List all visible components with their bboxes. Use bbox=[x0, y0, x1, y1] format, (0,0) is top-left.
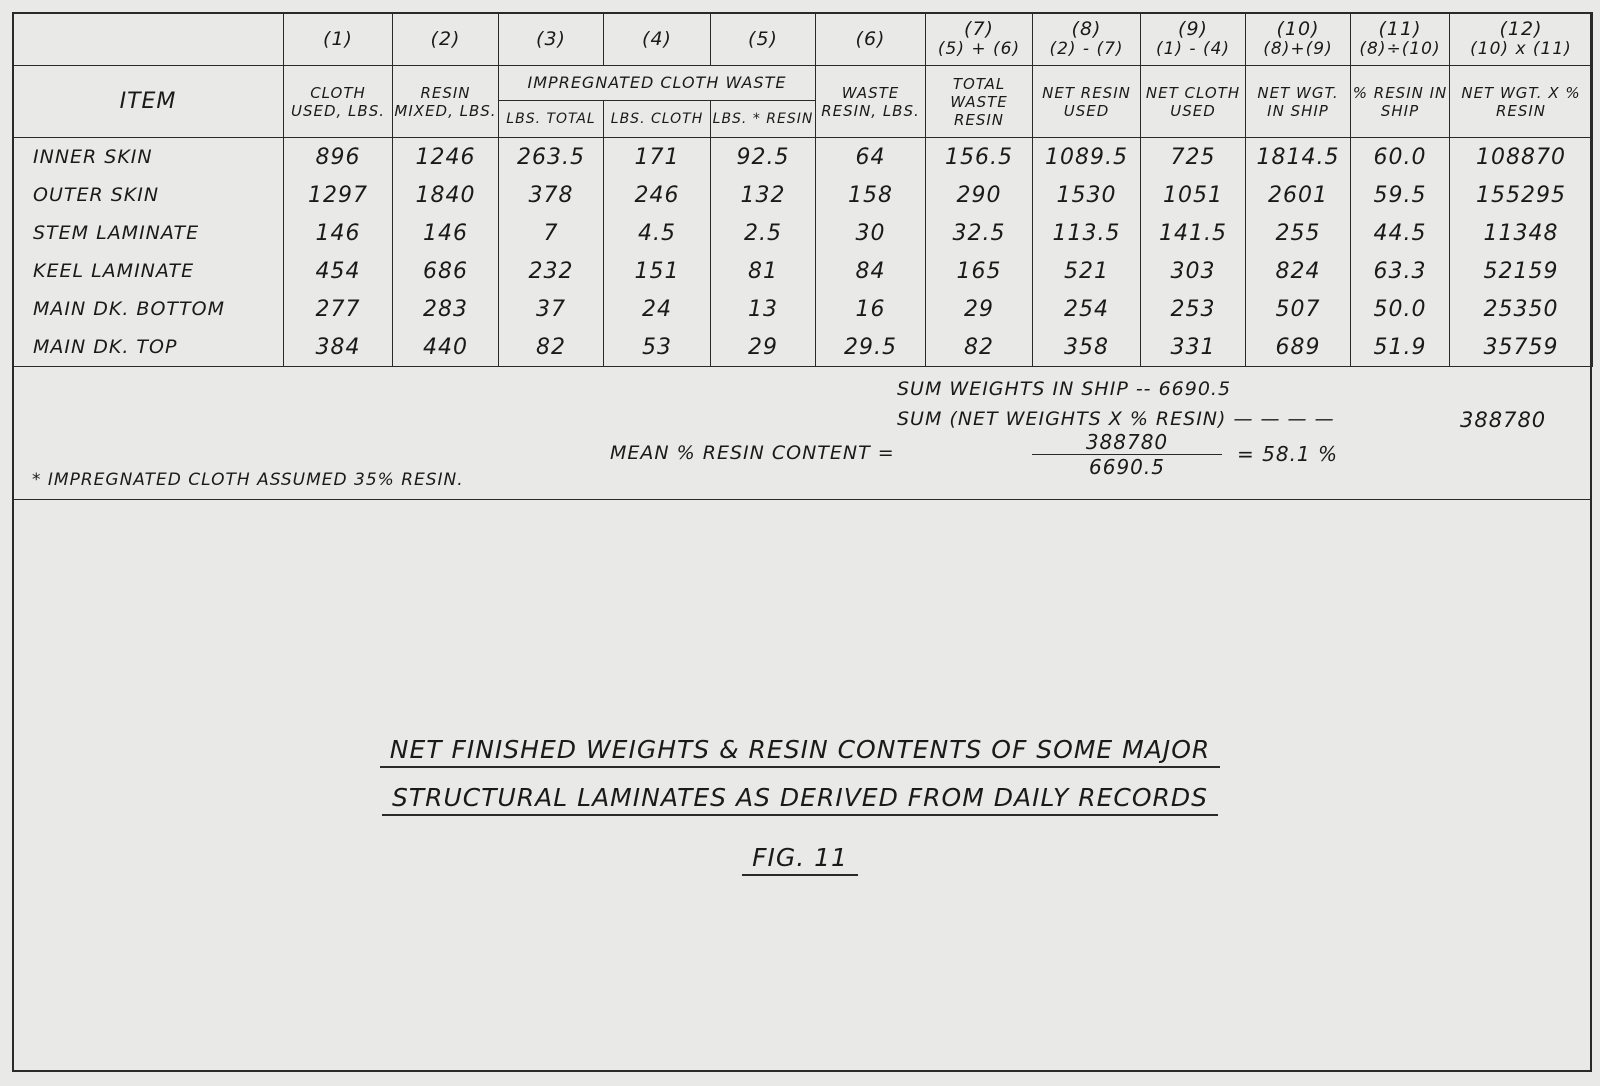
table-row: MAIN DK. BOTTOM2772833724131629254253507… bbox=[13, 290, 1593, 328]
cell-col-11: 59.5 bbox=[1351, 176, 1450, 214]
mean-resin-fraction: 388780 6690.5 bbox=[1032, 430, 1222, 479]
cell-col-10: 507 bbox=[1246, 290, 1351, 328]
cell-col-4: 24 bbox=[604, 290, 711, 328]
mean-resin-result: = 58.1 % bbox=[1237, 442, 1338, 466]
cell-col-11: 63.3 bbox=[1351, 252, 1450, 290]
sum-net-weights-x-resin-label: SUM (NET WEIGHTS X % RESIN) — — — — bbox=[897, 408, 1335, 430]
cell-col-1: 384 bbox=[284, 328, 393, 367]
cell-col-5: 29 bbox=[711, 328, 816, 367]
row-item-name: OUTER SKIN bbox=[13, 176, 284, 214]
header-net-resin-used: NET RESIN USED bbox=[1033, 66, 1141, 138]
header-waste-resin: WASTE RESIN, LBS. bbox=[816, 66, 926, 138]
cell-col-11: 50.0 bbox=[1351, 290, 1450, 328]
cell-col-12: 155295 bbox=[1450, 176, 1593, 214]
fraction-numerator: 388780 bbox=[1032, 430, 1222, 455]
header-net-cloth-used: NET CLOTH USED bbox=[1141, 66, 1246, 138]
cell-col-11: 44.5 bbox=[1351, 214, 1450, 252]
cell-col-10: 824 bbox=[1246, 252, 1351, 290]
cell-col-12: 25350 bbox=[1450, 290, 1593, 328]
cell-col-7: 82 bbox=[926, 328, 1033, 367]
col-num-7: (7)(5) + (6) bbox=[926, 13, 1033, 66]
cell-col-6: 158 bbox=[816, 176, 926, 214]
summary-section: SUM WEIGHTS IN SHIP -- 6690.5 SUM (NET W… bbox=[12, 372, 1592, 500]
cell-col-1: 277 bbox=[284, 290, 393, 328]
cell-col-5: 132 bbox=[711, 176, 816, 214]
cell-col-4: 53 bbox=[604, 328, 711, 367]
cell-col-2: 146 bbox=[393, 214, 499, 252]
header-total-waste-resin: TOTAL WASTE RESIN bbox=[926, 66, 1033, 138]
cell-col-7: 165 bbox=[926, 252, 1033, 290]
col-num-5: (5) bbox=[711, 13, 816, 66]
col-num-10: (10)(8)+(9) bbox=[1246, 13, 1351, 66]
cell-col-3: 7 bbox=[499, 214, 604, 252]
cell-col-5: 81 bbox=[711, 252, 816, 290]
col-num-11: (11)(8)÷(10) bbox=[1351, 13, 1450, 66]
table-row: MAIN DK. TOP38444082532929.5823583316895… bbox=[13, 328, 1593, 367]
cell-col-9: 1051 bbox=[1141, 176, 1246, 214]
row-item-name: MAIN DK. BOTTOM bbox=[13, 290, 284, 328]
cell-col-1: 454 bbox=[284, 252, 393, 290]
row-item-name: STEM LAMINATE bbox=[13, 214, 284, 252]
sum-net-weights-x-resin-value: 388780 bbox=[1460, 408, 1546, 432]
cell-col-10: 2601 bbox=[1246, 176, 1351, 214]
cell-col-11: 51.9 bbox=[1351, 328, 1450, 367]
cell-col-2: 686 bbox=[393, 252, 499, 290]
cell-col-8: 254 bbox=[1033, 290, 1141, 328]
cell-col-7: 29 bbox=[926, 290, 1033, 328]
cell-col-8: 521 bbox=[1033, 252, 1141, 290]
table-row: OUTER SKIN129718403782461321582901530105… bbox=[13, 176, 1593, 214]
cell-col-3: 37 bbox=[499, 290, 604, 328]
cell-col-9: 331 bbox=[1141, 328, 1246, 367]
cell-col-3: 232 bbox=[499, 252, 604, 290]
cell-col-2: 1246 bbox=[393, 138, 499, 177]
cell-col-5: 2.5 bbox=[711, 214, 816, 252]
table-row: INNER SKIN8961246263.517192.564156.51089… bbox=[13, 138, 1593, 177]
cell-col-8: 358 bbox=[1033, 328, 1141, 367]
cell-col-12: 52159 bbox=[1450, 252, 1593, 290]
cell-col-9: 253 bbox=[1141, 290, 1246, 328]
cell-col-3: 82 bbox=[499, 328, 604, 367]
resin-content-table: (1) (2) (3) (4) (5) (6) (7)(5) + (6) (8)… bbox=[12, 12, 1593, 367]
header-resin-mixed: RESIN MIXED, LBS. bbox=[393, 66, 499, 138]
header-lbs-total: LBS. TOTAL bbox=[499, 101, 604, 138]
footnote: * IMPREGNATED CLOTH ASSUMED 35% RESIN. bbox=[32, 470, 464, 490]
cell-col-1: 896 bbox=[284, 138, 393, 177]
cell-col-12: 35759 bbox=[1450, 328, 1593, 367]
cell-col-9: 725 bbox=[1141, 138, 1246, 177]
cell-col-2: 440 bbox=[393, 328, 499, 367]
figure-number: FIG. 11 bbox=[0, 843, 1600, 872]
cell-col-1: 146 bbox=[284, 214, 393, 252]
fraction-denominator: 6690.5 bbox=[1032, 455, 1222, 479]
cell-col-1: 1297 bbox=[284, 176, 393, 214]
mean-resin-label: MEAN % RESIN CONTENT = bbox=[610, 442, 895, 464]
cell-col-10: 1814.5 bbox=[1246, 138, 1351, 177]
cell-col-10: 255 bbox=[1246, 214, 1351, 252]
cell-col-4: 4.5 bbox=[604, 214, 711, 252]
cell-col-8: 1530 bbox=[1033, 176, 1141, 214]
cell-col-5: 92.5 bbox=[711, 138, 816, 177]
caption-line-2: STRUCTURAL LAMINATES AS DERIVED FROM DAI… bbox=[0, 783, 1600, 812]
col-num-12: (12)(10) x (11) bbox=[1450, 13, 1593, 66]
cell-col-6: 16 bbox=[816, 290, 926, 328]
cell-col-3: 378 bbox=[499, 176, 604, 214]
col-num-1: (1) bbox=[284, 13, 393, 66]
cell-col-7: 156.5 bbox=[926, 138, 1033, 177]
cell-col-4: 246 bbox=[604, 176, 711, 214]
col-num-3: (3) bbox=[499, 13, 604, 66]
header-net-wgt-in-ship: NET WGT. IN SHIP bbox=[1246, 66, 1351, 138]
cell-col-8: 1089.5 bbox=[1033, 138, 1141, 177]
cell-col-7: 32.5 bbox=[926, 214, 1033, 252]
col-num-4: (4) bbox=[604, 13, 711, 66]
cell-col-11: 60.0 bbox=[1351, 138, 1450, 177]
cell-col-3: 263.5 bbox=[499, 138, 604, 177]
row-item-name: KEEL LAMINATE bbox=[13, 252, 284, 290]
table-row: KEEL LAMINATE454686232151818416552130382… bbox=[13, 252, 1593, 290]
cell-col-2: 283 bbox=[393, 290, 499, 328]
column-label-row: ITEM CLOTH USED, LBS. RESIN MIXED, LBS. … bbox=[13, 66, 1593, 101]
cell-col-8: 113.5 bbox=[1033, 214, 1141, 252]
col-num-6: (6) bbox=[816, 13, 926, 66]
header-cloth-used: CLOTH USED, LBS. bbox=[284, 66, 393, 138]
cell-col-4: 151 bbox=[604, 252, 711, 290]
cell-col-6: 29.5 bbox=[816, 328, 926, 367]
cell-col-6: 64 bbox=[816, 138, 926, 177]
header-item: ITEM bbox=[13, 66, 284, 138]
row-item-name: INNER SKIN bbox=[13, 138, 284, 177]
cell-col-9: 141.5 bbox=[1141, 214, 1246, 252]
cell-col-7: 290 bbox=[926, 176, 1033, 214]
caption-line-1: NET FINISHED WEIGHTS & RESIN CONTENTS OF… bbox=[0, 735, 1600, 764]
sum-weights-in-ship: SUM WEIGHTS IN SHIP -- 6690.5 bbox=[897, 378, 1231, 400]
cell-col-5: 13 bbox=[711, 290, 816, 328]
column-number-row: (1) (2) (3) (4) (5) (6) (7)(5) + (6) (8)… bbox=[13, 13, 1593, 66]
cell-col-2: 1840 bbox=[393, 176, 499, 214]
cell-col-12: 108870 bbox=[1450, 138, 1593, 177]
cell-col-12: 11348 bbox=[1450, 214, 1593, 252]
cell-col-9: 303 bbox=[1141, 252, 1246, 290]
header-impregnated-cloth-waste: IMPREGNATED CLOTH WASTE bbox=[499, 66, 816, 101]
col-num-item bbox=[13, 13, 284, 66]
header-pct-resin-in-ship: % RESIN IN SHIP bbox=[1351, 66, 1450, 138]
cell-col-4: 171 bbox=[604, 138, 711, 177]
header-lbs-resin: LBS. * RESIN bbox=[711, 101, 816, 138]
header-lbs-cloth: LBS. CLOTH bbox=[604, 101, 711, 138]
cell-col-6: 84 bbox=[816, 252, 926, 290]
col-num-8: (8)(2) - (7) bbox=[1033, 13, 1141, 66]
col-num-9: (9)(1) - (4) bbox=[1141, 13, 1246, 66]
row-item-name: MAIN DK. TOP bbox=[13, 328, 284, 367]
table-row: STEM LAMINATE14614674.52.53032.5113.5141… bbox=[13, 214, 1593, 252]
cell-col-6: 30 bbox=[816, 214, 926, 252]
cell-col-10: 689 bbox=[1246, 328, 1351, 367]
header-net-wgt-x-pct-resin: NET WGT. X % RESIN bbox=[1450, 66, 1593, 138]
col-num-2: (2) bbox=[393, 13, 499, 66]
